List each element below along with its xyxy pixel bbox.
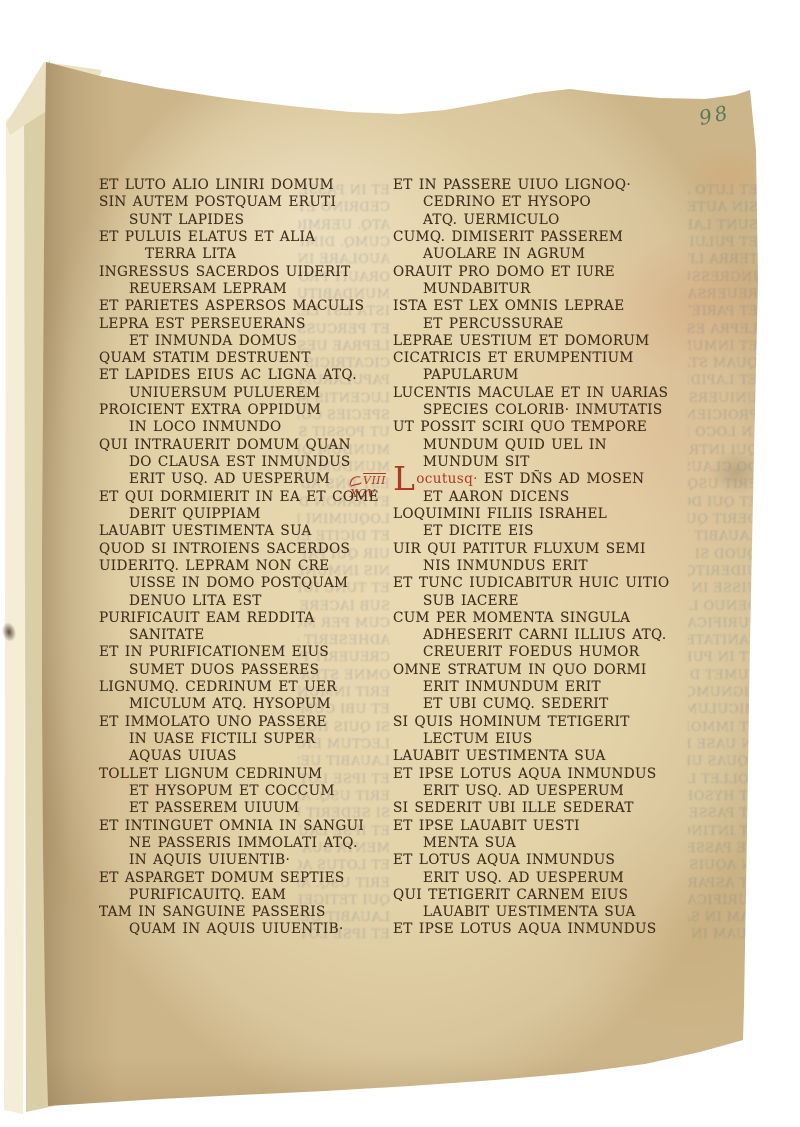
text-line: PROICIENT EXTRA OPPIDUM [99,402,397,419]
rubric-drop-cap: L [393,459,415,498]
text-line: ET PERCUSSURAE [393,316,705,333]
text-line: QUI TETIGERIT CARNEM EIUS [393,887,705,904]
text-line: LECTUM EIUS [393,731,705,748]
text-line: SI SEDERIT UBI ILLE SEDERAT [393,800,705,817]
text-line: ATQ. UERMICULO [393,212,705,229]
text-line: ET LAPIDES EIUS AC LIGNA ATQ. [99,367,397,384]
text-line: LAUABIT UESTIMENTA SUA [99,523,397,540]
text-line: LUCENTIS MACULAE ET IN UARIAS [393,385,705,402]
parchment-page: ET IN PASSERE UIUO LIGNOQ·CEDRINO ET HYS… [0,0,800,1127]
text-column-left: ET LUTO ALIO LINIRI DOMUMSIN AUTEM POSTQ… [99,177,397,939]
text-line: LEPRA EST PERSEUERANS [99,316,397,333]
text-line: ET INTINGUET OMNIA IN SANGUI [99,818,397,835]
text-line: ERIT USQ. AD UESPERUM [99,471,397,488]
text-line: TAM IN SANGUINE PASSERIS [99,904,397,921]
text-line: DO CLAUSA EST INMUNDUS [99,454,397,471]
text-line: CUMQ. DIMISERIT PASSEREM [393,229,705,246]
text-line: AQUAS UIUAS [99,748,397,765]
text-column-right: ET IN PASSERE UIUO LIGNOQ·CEDRINO ET HYS… [393,177,705,939]
text-line: PURIFICAUITQ. EAM [99,887,397,904]
text-line: OMNE STRATUM IN QUO DORMI [393,662,705,679]
text-line: QUAM IN AQUIS UIUENTIB· [99,921,397,938]
text-line: UISSE IN DOMO POSTQUAM [99,575,397,592]
text-line: ET PARIETES ASPERSOS MACULIS [99,298,397,315]
text-line: ET UBI CUMQ. SEDERIT [393,696,705,713]
text-line: MUNDUM QUID UEL IN [393,437,705,454]
text-line: LAUABIT UESTIMENTA SUA [393,748,705,765]
text-line: QUAM STATIM DESTRUENT [99,350,397,367]
text-line: MENTA SUA [393,835,705,852]
text-line: REUERSAM LEPRAM [99,281,397,298]
text-line: DERIT QUIPPIAM [99,506,397,523]
text-line: SUMET DUOS PASSERES [99,662,397,679]
text-line: IN LOCO INMUNDO [99,419,397,436]
text-line: ET ASPARGET DOMUM SEPTIES [99,870,397,887]
text-line: TERRA LITA [99,246,397,263]
text-line: PAPULARUM [393,367,705,384]
text-line: ERIT USQ. AD UESPERUM [393,870,705,887]
text-line: LIGNUMQ. CEDRINUM ET UER [99,679,397,696]
text-line: ET INMUNDA DOMUS [99,333,397,350]
text-line: IN AQUIS UIUENTIB· [99,852,397,869]
text-line: LAUABIT UESTIMENTA SUA [393,904,705,921]
text-line: ET HYSOPUM ET COCCUM [99,783,397,800]
text-line: SUNT LAPIDES [99,212,397,229]
folio-number: 98 [697,100,733,130]
text-line: ET QUI DORMIERIT IN EA ET COME [99,489,397,506]
text-line: ET IPSE LOTUS AQUA INMUNDUS [393,766,705,783]
text-line: UNIUERSUM PULUEREM [99,385,397,402]
text-line: Locutusq· EST DÑS AD MOSEN [393,471,705,488]
text-line: ERIT INMUNDUM ERIT [393,679,705,696]
text-line: ERIT USQ. AD UESPERUM [393,783,705,800]
text-line: TOLLET LIGNUM CEDRINUM [99,766,397,783]
text-line: QUI INTRAUERIT DOMUM QUAN [99,437,397,454]
rubric-word: ocutusq· [416,471,478,487]
text-line-segment: EST DÑS AD MOSEN [478,471,645,487]
text-line: SANITATE [99,627,397,644]
text-line: SIN AUTEM POSTQUAM ERUTI [99,194,397,211]
text-line: NIS INMUNDUS ERIT [393,558,705,575]
text-line: MUNDUM SIT [393,454,705,471]
text-line: SI QUIS HOMINUM TETIGERIT [393,714,705,731]
text-line: ISTA EST LEX OMNIS LEPRAE [393,298,705,315]
text-line: ET LUTO ALIO LINIRI DOMUM [99,177,397,194]
text-line: MUNDABITUR [393,281,705,298]
text-line: LOQUIMINI FILIIS ISRAHEL [393,506,705,523]
text-line: UT POSSIT SCIRI QUO TEMPORE [393,419,705,436]
text-line: LEPRAE UESTIUM ET DOMORUM [393,333,705,350]
manuscript-photo: ET IN PASSERE UIUO LIGNOQ·CEDRINO ET HYS… [0,0,800,1127]
text-line: DENUO LITA EST [99,593,397,610]
text-line: ET IN PASSERE UIUO LIGNOQ· [393,177,705,194]
text-line: SPECIES COLORIB· INMUTATIS [393,402,705,419]
text-line: SUB IACERE [393,593,705,610]
text-line: MICULUM ATQ. HYSOPUM [99,696,397,713]
text-line: UIDERITQ. LEPRAM NON CRE [99,558,397,575]
text-line: ET AARON DICENS [393,489,705,506]
text-line: ET PULUIS ELATUS ET ALIA [99,229,397,246]
text-line: ADHESERIT CARNI ILLIUS ATQ. [393,627,705,644]
text-line: CICATRICIS ET ERUMPENTIUM [393,350,705,367]
text-line: ET IN PURIFICATIONEM EIUS [99,644,397,661]
text-line: CREUERIT FOEDUS HUMOR [393,644,705,661]
text-line: ET LOTUS AQUA INMUNDUS [393,852,705,869]
text-line: UIR QUI PATITUR FLUXUM SEMI [393,541,705,558]
text-line: NE PASSERIS IMMOLATI ATQ. [99,835,397,852]
text-line: ET IPSE LAUABIT UESTI [393,818,705,835]
text-line: ET PASSEREM UIUUM [99,800,397,817]
text-line: IN UASE FICTILI SUPER [99,731,397,748]
text-line: ORAUIT PRO DOMO ET IURE [393,264,705,281]
text-line: ET IMMOLATO UNO PASSERE [99,714,397,731]
text-line: AUOLARE IN AGRUM [393,246,705,263]
text-line: CEDRINO ET HYSOPO [393,194,705,211]
text-line: QUOD SI INTROIENS SACERDOS [99,541,397,558]
text-line: ET DICITE EIS [393,523,705,540]
text-line: CUM PER MOMENTA SINGULA [393,610,705,627]
text-line: INGRESSUS SACERDOS UIDERIT [99,264,397,281]
text-line: ET IPSE LOTUS AQUA INMUNDUS [393,921,705,938]
text-line: PURIFICAUIT EAM REDDITA [99,610,397,627]
text-line: ET TUNC IUDICABITUR HUIC UITIO [393,575,705,592]
